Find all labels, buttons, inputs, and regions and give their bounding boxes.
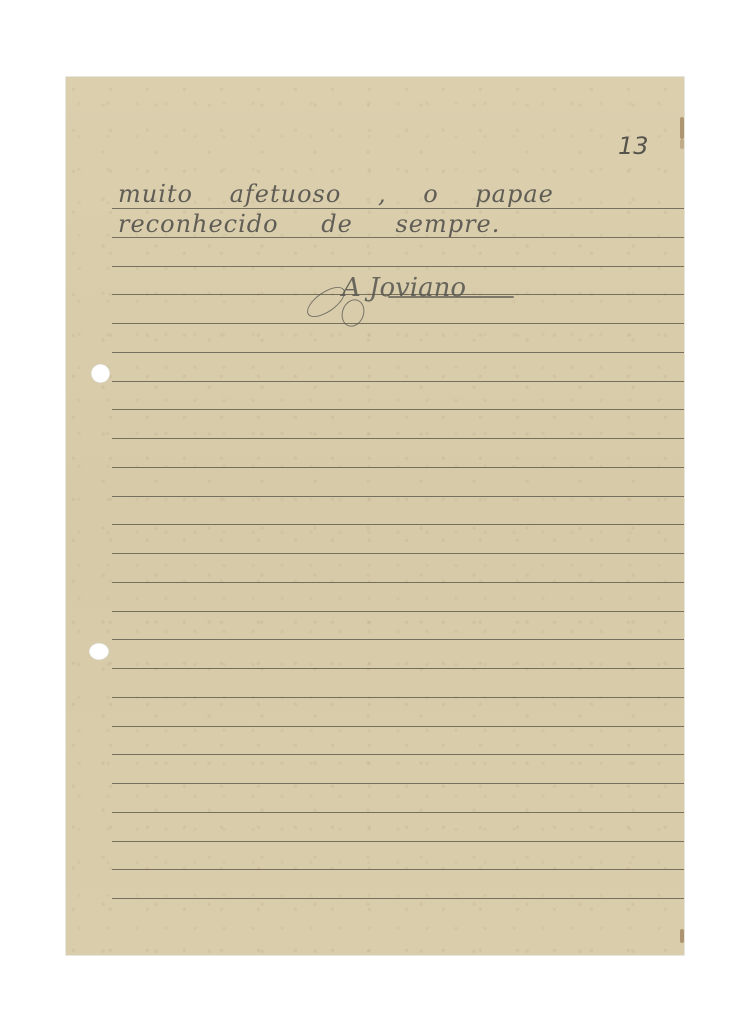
ruled-line (112, 783, 684, 784)
paper-sheet: 13 muito afetuoso , o papae reconhecido … (66, 77, 684, 955)
ruled-line (112, 352, 684, 353)
ruled-line (112, 323, 684, 324)
handwritten-line-2: reconhecido de sempre. (118, 210, 500, 238)
ruled-line (112, 812, 684, 813)
edge-stain (680, 117, 684, 139)
ruled-line (112, 553, 684, 554)
ruled-line (112, 869, 684, 870)
signature-text: A Joviano (342, 273, 466, 303)
handwritten-line-1: muito afetuoso , o papae (118, 180, 554, 208)
ruled-line (112, 496, 684, 497)
ruled-line (112, 898, 684, 899)
edge-stain (680, 929, 684, 943)
ruled-line (112, 208, 684, 209)
ruled-line (112, 841, 684, 842)
ruled-line (112, 409, 684, 410)
punch-hole (91, 364, 110, 383)
ruled-line (112, 697, 684, 698)
edge-stain (680, 139, 684, 149)
ruled-line (112, 467, 684, 468)
ruled-line (112, 582, 684, 583)
ruled-line (112, 266, 684, 267)
ruled-line (112, 524, 684, 525)
ruled-line (112, 381, 684, 382)
ruled-line (112, 438, 684, 439)
ruled-line (112, 668, 684, 669)
ruled-line (112, 726, 684, 727)
punch-hole (89, 643, 109, 660)
signature-underline (388, 296, 514, 298)
ruled-line (112, 639, 684, 640)
ruled-line (112, 611, 684, 612)
page-number: 13 (618, 132, 649, 160)
ruled-line (112, 754, 684, 755)
